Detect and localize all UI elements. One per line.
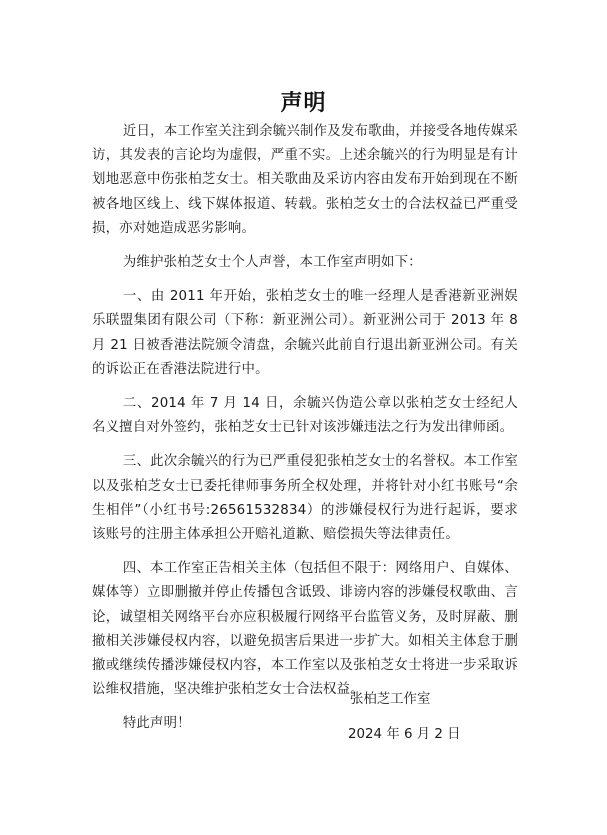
paragraph-point-3: 三、此次余毓兴的行为已严重侵犯张柏芝女士的名誉权。本工作室以及张柏芝女士已委托律…: [92, 450, 518, 547]
statement-date: 2024 年 6 月 2 日: [348, 725, 461, 745]
paragraph-preamble: 为维护张柏芝女士个人声誉，本工作室声明如下：: [92, 251, 518, 275]
paragraph-point-1: 一、由 2011 年开始，张柏芝女士的唯一经理人是香港新亚洲娱乐联盟集团有限公司…: [92, 285, 518, 382]
paragraph-point-2: 二、2014 年 7 月 14 日，余毓兴伪造公章以张柏芝女士经纪人名义擅自对外…: [92, 392, 518, 440]
signature: 张柏芝工作室: [350, 690, 430, 710]
paragraph-point-4: 四、本工作室正告相关主体（包括但不限于：网络用户、自媒体、媒体等）立即删撤并停止…: [92, 557, 518, 702]
document-body: 近日，本工作室关注到余毓兴制作及发布歌曲，并接受各地传媒采访，其发表的言论均为虚…: [92, 120, 518, 747]
document-title: 声明: [0, 86, 607, 117]
document-page: 声明 近日，本工作室关注到余毓兴制作及发布歌曲，并接受各地传媒采访，其发表的言论…: [0, 0, 607, 835]
paragraph-intro: 近日，本工作室关注到余毓兴制作及发布歌曲，并接受各地传媒采访，其发表的言论均为虚…: [92, 120, 518, 241]
